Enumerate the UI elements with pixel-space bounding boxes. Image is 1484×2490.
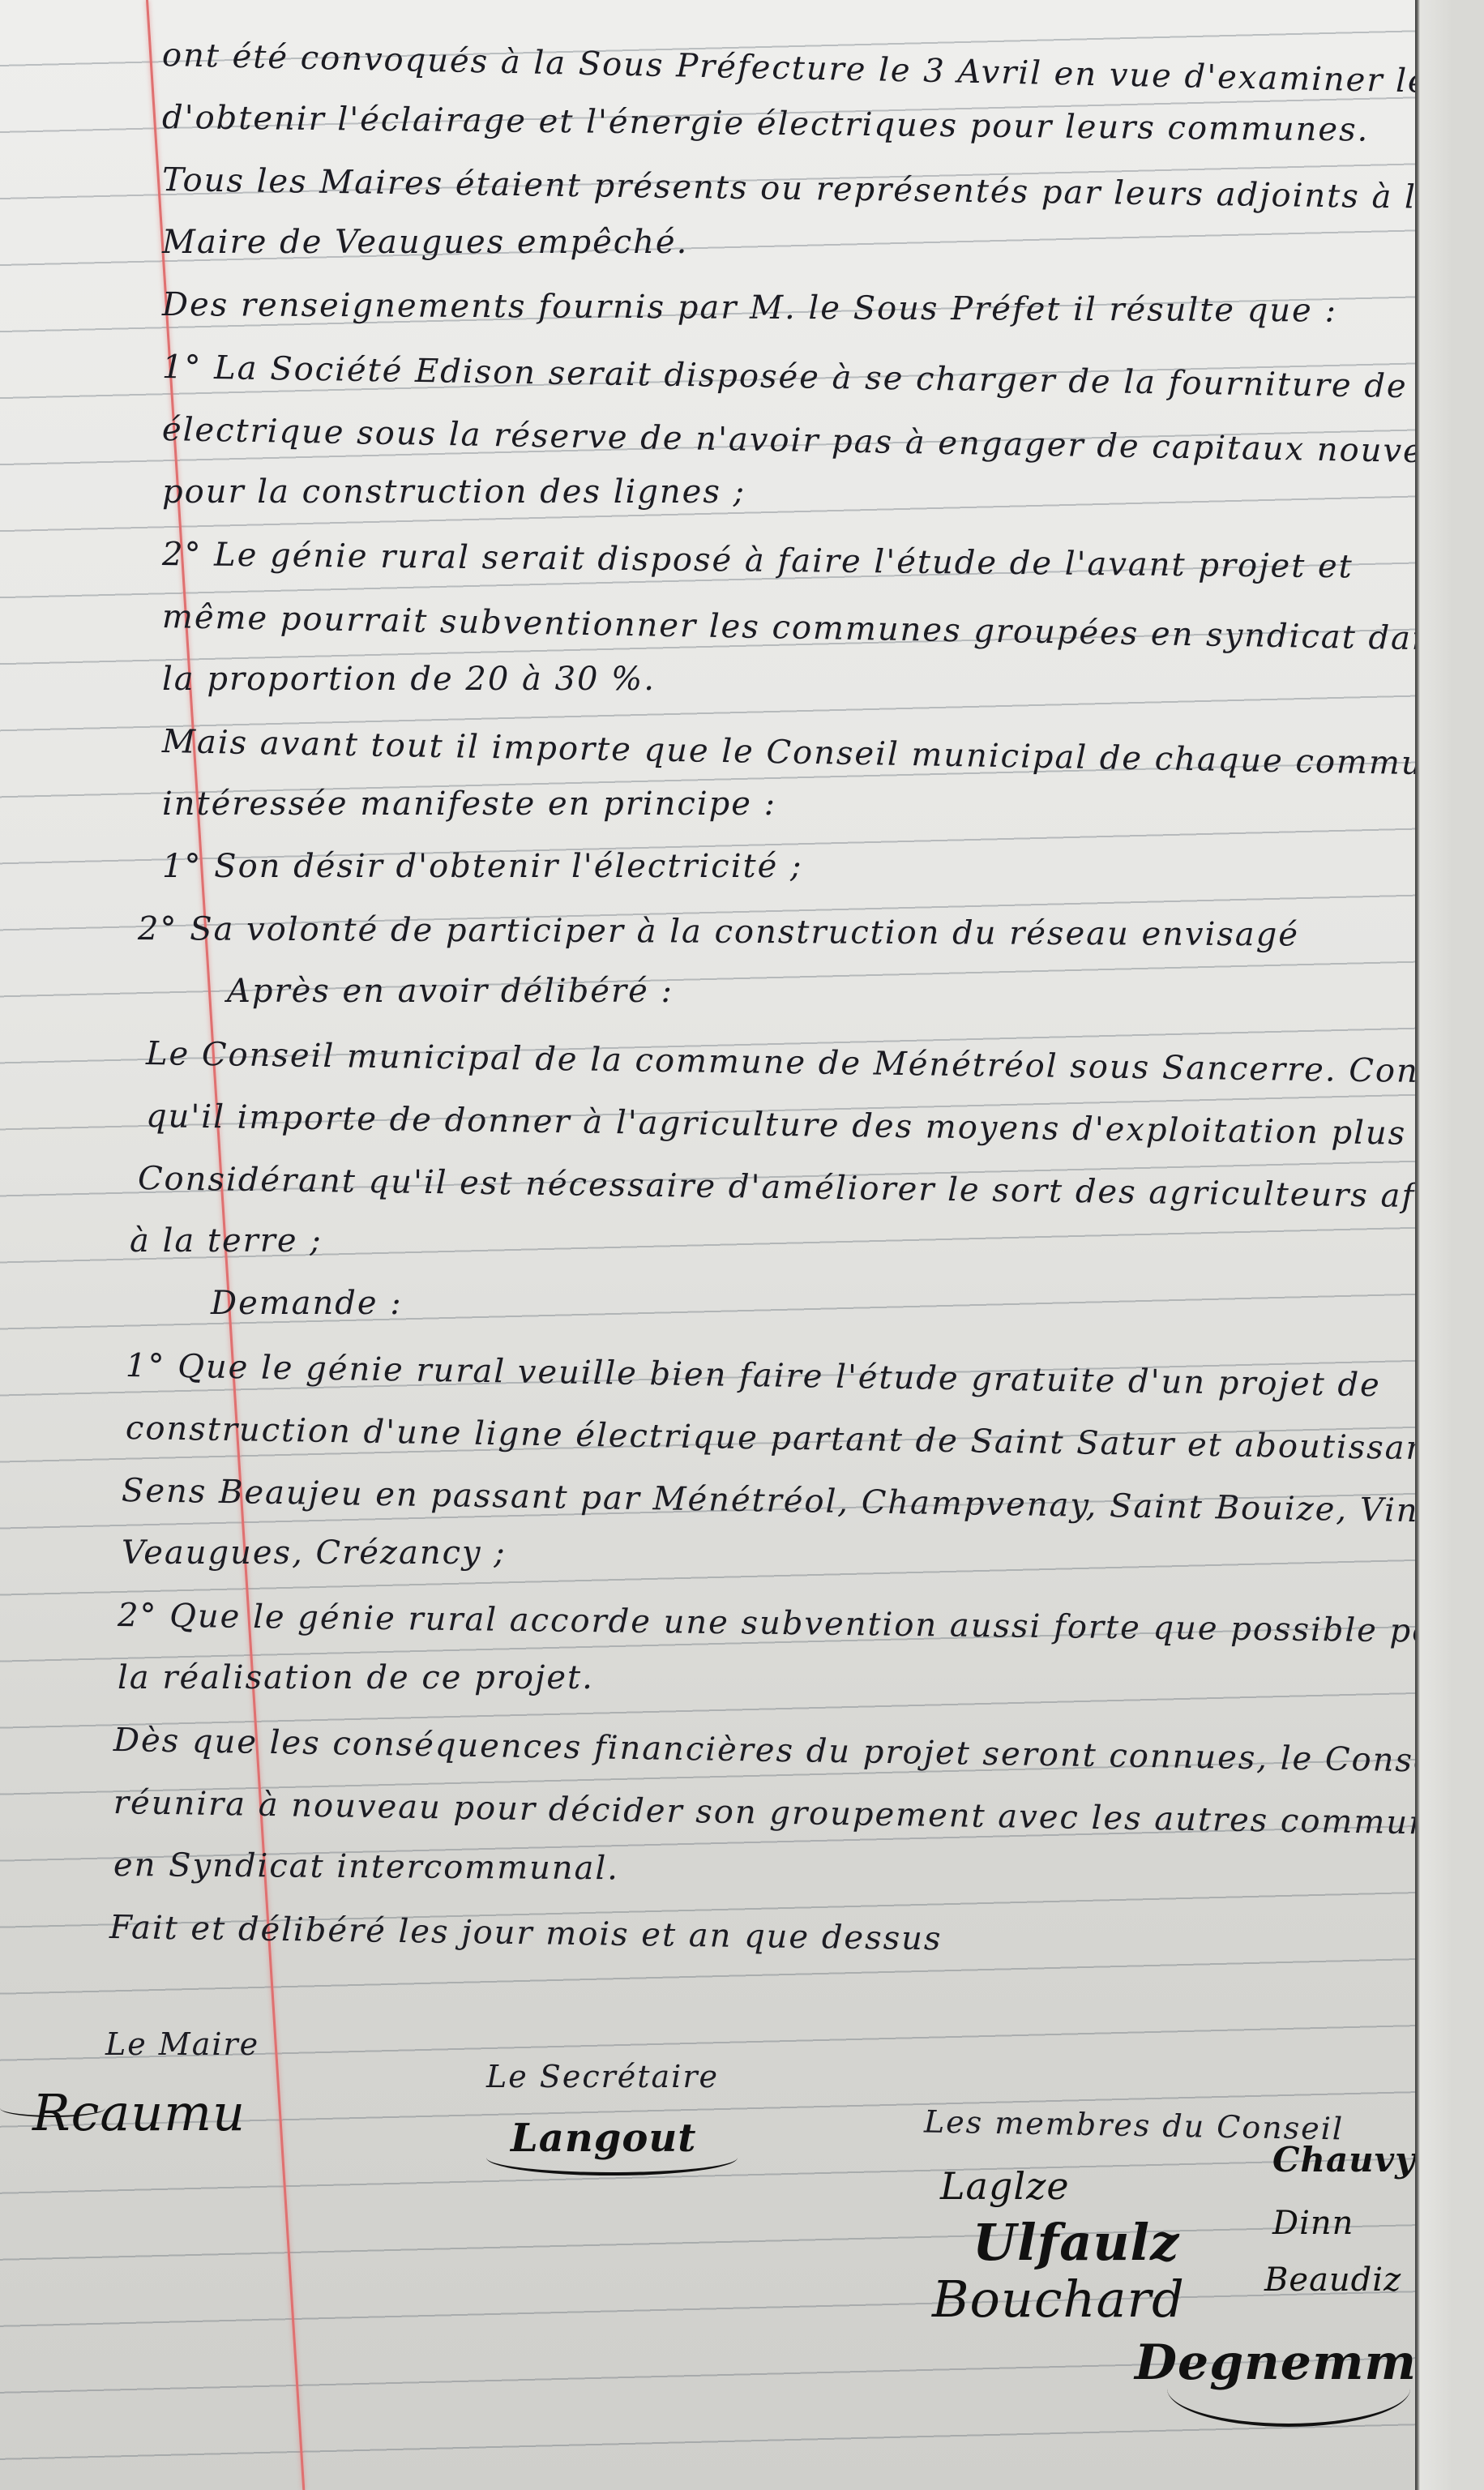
page-fore-edge <box>1415 0 1451 2490</box>
notebook-page: ont été convoqués à la Sous Préfecture l… <box>0 0 1451 2490</box>
body-line: 2° Le génie rural serait disposé à faire… <box>162 524 1443 600</box>
body-line: la réalisation de ce projet. <box>118 1647 1398 1709</box>
body-line: Maire de Veaugues empêché. <box>162 212 1443 274</box>
demande-heading: Demande : <box>130 1273 1410 1335</box>
body-line: en Syndicat intercommunal. <box>113 1834 1394 1906</box>
body-line: Des renseignements fournis par M. le Sou… <box>162 274 1443 343</box>
body-line: Veaugues, Crézancy ; <box>122 1522 1402 1585</box>
body-line: intéressée manifeste en principe : <box>162 773 1443 836</box>
body-line: 1° Son désir d'obtenir l'électricité ; <box>162 836 1443 898</box>
body-line: 2° Sa volonté de participer à la constru… <box>138 898 1418 967</box>
body-line: la proportion de 20 à 30 %. <box>162 648 1443 711</box>
apres-deliberation-heading: Après en avoir délibéré : <box>162 960 1443 1023</box>
body-line: à la terre ; <box>130 1210 1410 1273</box>
body-line: pour la construction des lignes ; <box>162 461 1443 524</box>
deliberation-text: ont été convoqués à la Sous Préfecture l… <box>162 24 1443 1959</box>
